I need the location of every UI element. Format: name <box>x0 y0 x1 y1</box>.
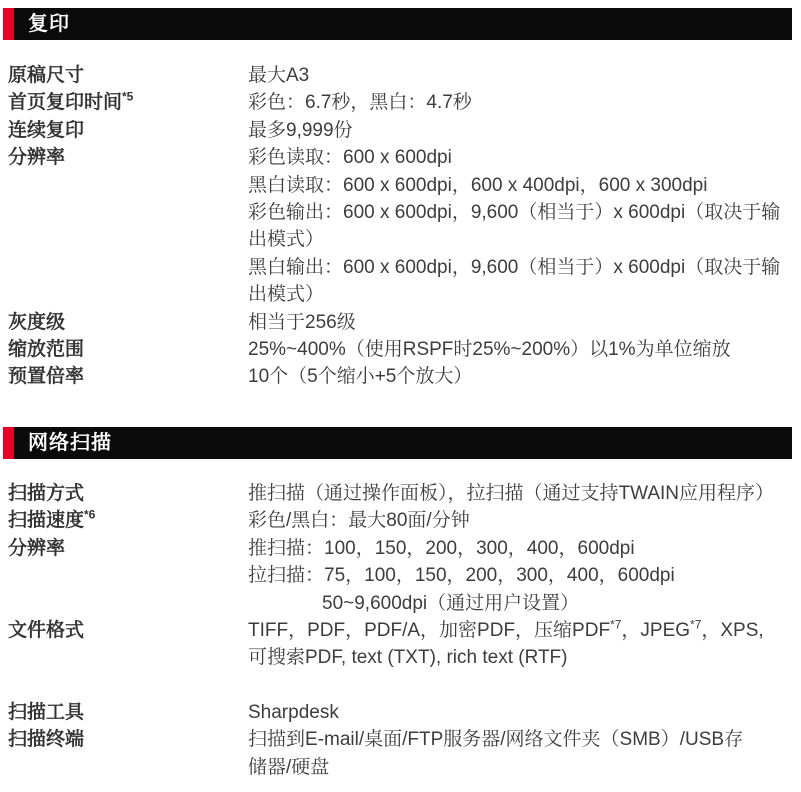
section-title-copy: 复印 <box>14 8 70 40</box>
spec-label: 首页复印时间*5 <box>8 89 248 116</box>
spec-row-file-format: 文件格式 TIFF，PDF，PDF/A，加密PDF，压缩PDF*7，JPEG*7… <box>8 617 793 672</box>
spec-row-zoom-range: 缩放范围 25%~400%（使用RSPF时25%~200%）以1%为单位缩放 <box>8 336 793 363</box>
spec-value-line: 25%~400%（使用RSPF时25%~200%）以1%为单位缩放 <box>248 336 793 363</box>
spec-value-line: 扫描到E-mail/桌面/FTP服务器/网络文件夹（SMB）/USB存 <box>248 726 793 753</box>
spec-value: 25%~400%（使用RSPF时25%~200%）以1%为单位缩放 <box>248 336 793 363</box>
spec-label-text: 扫描速度 <box>8 510 84 531</box>
spec-row-scan-speed: 扫描速度*6 彩色/黑白：最大80面/分钟 <box>8 507 793 534</box>
spec-value-line: 拉扫描：75，100，150，200，300，400，600dpi <box>248 562 793 589</box>
spec-value: 10个（5个缩小+5个放大） <box>248 363 793 390</box>
spec-value: 扫描到E-mail/桌面/FTP服务器/网络文件夹（SMB）/USB存 储器/硬… <box>248 726 793 781</box>
spec-value: Sharpdesk <box>248 699 793 726</box>
spec-label: 预置倍率 <box>8 363 248 390</box>
spec-row-continuous-copy: 连续复印 最多9,999份 <box>8 117 793 144</box>
spec-value: 相当于256级 <box>248 309 793 336</box>
spec-row-scan-method: 扫描方式 推扫描（通过操作面板），拉扫描（通过支持TWAIN应用程序） <box>8 480 793 507</box>
file-format-text: TIFF，PDF，PDF/A，加密PDF，压缩PDF <box>248 620 610 641</box>
spec-label: 文件格式 <box>8 617 248 672</box>
spec-value: 最大A3 <box>248 62 793 89</box>
spec-value-line: 10个（5个缩小+5个放大） <box>248 363 793 390</box>
spec-value-line: 出模式） <box>248 281 793 308</box>
scan-spec-table: 扫描方式 推扫描（通过操作面板），拉扫描（通过支持TWAIN应用程序） 扫描速度… <box>8 480 793 781</box>
spec-label: 分辨率 <box>8 144 248 308</box>
spec-value-line: 相当于256级 <box>248 309 793 336</box>
spec-label: 扫描终端 <box>8 726 248 781</box>
spec-value: 推扫描：100，150，200，300，400，600dpi 拉扫描：75，10… <box>248 535 793 617</box>
spec-value-line: 黑白读取：600 x 600dpi，600 x 400dpi，600 x 300… <box>248 172 793 199</box>
spec-value: 彩色：6.7秒，黑白：4.7秒 <box>248 89 793 116</box>
spec-value-line: 彩色：6.7秒，黑白：4.7秒 <box>248 89 793 116</box>
spec-value-line: 最多9,999份 <box>248 117 793 144</box>
spec-label: 扫描工具 <box>8 699 248 726</box>
spec-row-grayscale: 灰度级 相当于256级 <box>8 309 793 336</box>
footnote-marker: *6 <box>84 508 95 522</box>
spec-row-copy-resolution: 分辨率 彩色读取：600 x 600dpi 黑白读取：600 x 600dpi，… <box>8 144 793 308</box>
spec-value-line: 彩色输出：600 x 600dpi，9,600（相当于）x 600dpi（取决于… <box>248 199 793 226</box>
spec-value-line: 推扫描（通过操作面板），拉扫描（通过支持TWAIN应用程序） <box>248 480 793 507</box>
red-accent-stripe <box>3 8 14 40</box>
spec-value-line: Sharpdesk <box>248 699 793 726</box>
red-accent-stripe <box>3 427 14 459</box>
spec-value-line: 50~9,600dpi（通过用户设置） <box>248 590 793 617</box>
section-header-network-scan: 网络扫描 <box>3 427 792 459</box>
spec-row-scan-tool: 扫描工具 Sharpdesk <box>8 699 793 726</box>
spec-label: 分辨率 <box>8 535 248 617</box>
spec-value: 彩色/黑白：最大80面/分钟 <box>248 507 793 534</box>
section-header-copy: 复印 <box>3 8 792 40</box>
footnote-marker: *7 <box>610 618 621 632</box>
spec-row-preset-ratios: 预置倍率 10个（5个缩小+5个放大） <box>8 363 793 390</box>
spec-label: 缩放范围 <box>8 336 248 363</box>
spec-row-original-size: 原稿尺寸 最大A3 <box>8 62 793 89</box>
spec-label: 灰度级 <box>8 309 248 336</box>
file-format-text: ，JPEG <box>621 620 690 641</box>
spec-value: 推扫描（通过操作面板），拉扫描（通过支持TWAIN应用程序） <box>248 480 793 507</box>
spec-value: TIFF，PDF，PDF/A，加密PDF，压缩PDF*7，JPEG*7，XPS,… <box>248 617 793 672</box>
footnote-marker: *5 <box>122 90 133 104</box>
spec-value: 彩色读取：600 x 600dpi 黑白读取：600 x 600dpi，600 … <box>248 144 793 308</box>
spec-value-line: 推扫描：100，150，200，300，400，600dpi <box>248 535 793 562</box>
spec-row-scan-destination: 扫描终端 扫描到E-mail/桌面/FTP服务器/网络文件夹（SMB）/USB存… <box>8 726 793 781</box>
spec-label: 原稿尺寸 <box>8 62 248 89</box>
spec-value-line: 最大A3 <box>248 62 793 89</box>
spec-row-first-copy-time: 首页复印时间*5 彩色：6.7秒，黑白：4.7秒 <box>8 89 793 116</box>
spec-sheet-page: 复印 原稿尺寸 最大A3 首页复印时间*5 彩色：6.7秒，黑白：4.7秒 连续… <box>0 0 801 792</box>
spec-label: 扫描速度*6 <box>8 507 248 534</box>
spec-value-line: 可搜索PDF, text (TXT), rich text (RTF) <box>248 644 793 671</box>
spec-label: 连续复印 <box>8 117 248 144</box>
spec-label: 扫描方式 <box>8 480 248 507</box>
spec-value-line: TIFF，PDF，PDF/A，加密PDF，压缩PDF*7，JPEG*7，XPS, <box>248 617 793 644</box>
spec-label-text: 首页复印时间 <box>8 92 122 113</box>
file-format-text: ，XPS, <box>701 620 763 641</box>
spec-value-line: 彩色/黑白：最大80面/分钟 <box>248 507 793 534</box>
spec-value-line: 黑白输出：600 x 600dpi，9,600（相当于）x 600dpi（取决于… <box>248 254 793 281</box>
section-title-network-scan: 网络扫描 <box>14 427 112 459</box>
footnote-marker: *7 <box>690 618 701 632</box>
spec-value-line: 储器/硬盘 <box>248 754 793 781</box>
spec-value-line: 彩色读取：600 x 600dpi <box>248 144 793 171</box>
copy-spec-table: 原稿尺寸 最大A3 首页复印时间*5 彩色：6.7秒，黑白：4.7秒 连续复印 … <box>8 62 793 391</box>
spec-value: 最多9,999份 <box>248 117 793 144</box>
spec-row-scan-resolution: 分辨率 推扫描：100，150，200，300，400，600dpi 拉扫描：7… <box>8 535 793 617</box>
spec-value-line: 出模式） <box>248 226 793 253</box>
